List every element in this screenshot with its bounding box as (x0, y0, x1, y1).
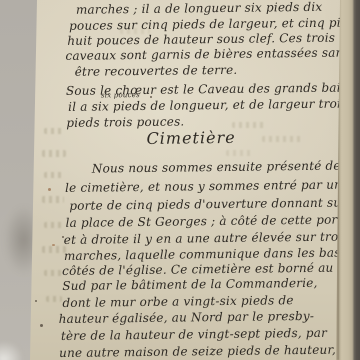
manuscript-line: Nous nous sommes ensuite présenté devant (92, 158, 360, 175)
manuscript-line: caveaux sont garnis de bières entassées … (65, 45, 350, 62)
manuscript-line: Sud par le bâtiment de la Commanderie, (62, 276, 317, 293)
manuscript-line: une autre maison de seize pieds de haute… (59, 342, 352, 360)
interline-insertion: six pouces (101, 91, 140, 99)
manuscript-line: hauteur égalisée, au Nord par le presby- (59, 309, 315, 326)
manuscript-line: pieds trois pouces. (66, 114, 184, 129)
manuscript-line: le cimetière, et nous y sommes entré par… (65, 177, 349, 194)
manuscript-line: dont le mur orbe a vingt-six pieds de (62, 293, 293, 310)
section-heading: Cimetière (146, 128, 235, 148)
manuscript-line: porte de cinq pieds d'ouverture donnant … (69, 195, 347, 212)
manuscript-line: marches ; il a de longueur six pieds dix (76, 0, 323, 17)
backdrop-highlight (0, 342, 22, 360)
manuscript-text: marches ; il a de longueur six pieds dix… (0, 0, 360, 360)
manuscript-line: la place de St Georges ; à côté de cette… (65, 212, 349, 229)
manuscript-line: et à droite il y en a une autre élevée s… (64, 229, 349, 246)
manuscript-page: marches ; il a de longueur six pieds dix… (0, 0, 360, 360)
manuscript-line: être recouvertes de terre. (75, 63, 238, 79)
manuscript-photo: marches ; il a de longueur six pieds dix… (0, 0, 360, 360)
manuscript-line: tère de la hauteur de vingt-sept pieds, … (61, 326, 327, 343)
